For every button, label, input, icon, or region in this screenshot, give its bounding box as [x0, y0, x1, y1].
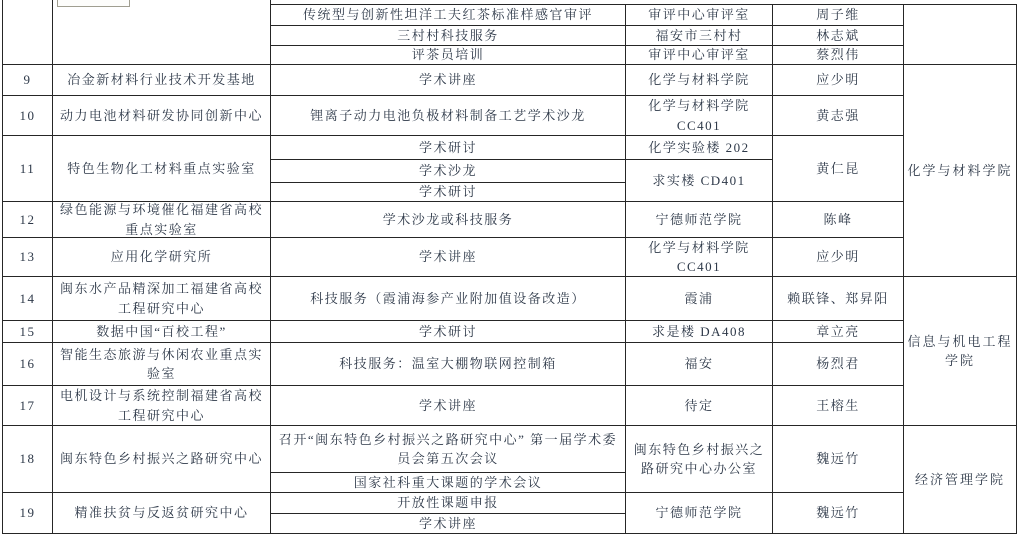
- cell-num: 14: [2, 276, 52, 320]
- cell-num: 13: [2, 237, 52, 276]
- cell-num: 18: [2, 425, 52, 492]
- cell-person: 赖联锋、郑昇阳: [772, 276, 903, 320]
- cell-activity: 学术沙龙: [270, 159, 625, 182]
- cell-num: 17: [2, 385, 52, 425]
- cell-name: 特色生物化工材料重点实验室: [52, 135, 270, 201]
- cell-location: 闽东特色乡村振兴之路研究中心办公室: [625, 425, 772, 492]
- cell-activity: 学术研讨: [270, 135, 625, 159]
- cell-activity: 锂离子动力电池负极材料制备工艺学术沙龙: [270, 95, 625, 135]
- cell-person: 黄仁昆: [772, 135, 903, 201]
- cell-name: 动力电池材料研发协同创新中心: [52, 95, 270, 135]
- cell-person: 应少明: [772, 64, 903, 95]
- cell-location: 化学与材料学院: [625, 64, 772, 95]
- cell-activity: 召开“闽东特色乡村振兴之路研究中心” 第一届学术委员会第五次会议: [270, 425, 625, 472]
- cell-college: 经济管理学院: [903, 425, 1016, 533]
- cell-location: 审评中心审评室: [625, 45, 772, 64]
- cell-activity: 学术沙龙或科技服务: [270, 201, 625, 237]
- cell-num: 15: [2, 320, 52, 342]
- cell-person: 蔡烈伟: [772, 45, 903, 64]
- cell-activity: 学术讲座: [270, 513, 625, 533]
- cell-num: [2, 4, 52, 64]
- cell-activity: 评茶员培训: [270, 45, 625, 64]
- cell-location: 求实楼 CD401: [625, 159, 772, 201]
- cell-activity: 学术研讨: [270, 320, 625, 342]
- activity-schedule-table: 传统型与创新性坦洋工夫红茶标准样感官审评审评中心审评室周子维三村村科技服务福安市…: [2, 4, 1017, 534]
- cell-location: 宁德师范学院: [625, 492, 772, 533]
- cell-num: 19: [2, 492, 52, 533]
- cell-name: [52, 4, 270, 64]
- cell-location: 待定: [625, 385, 772, 425]
- cell-person: 应少明: [772, 237, 903, 276]
- cell-num: 12: [2, 201, 52, 237]
- cell-num: 9: [2, 64, 52, 95]
- cell-location: 化学实验楼 202: [625, 135, 772, 159]
- cell-location: 福安市三村村: [625, 25, 772, 45]
- cell-person: 林志斌: [772, 25, 903, 45]
- cell-name: 数据中国“百校工程”: [52, 320, 270, 342]
- cell-person: 杨烈君: [772, 342, 903, 385]
- cell-college: 化学与材料学院: [903, 64, 1016, 276]
- cell-location: 福安: [625, 342, 772, 385]
- cell-activity: 学术讲座: [270, 237, 625, 276]
- cell-person: 章立亮: [772, 320, 903, 342]
- cell-location: 化学与材料学院 CC401: [625, 237, 772, 276]
- cell-name: 精准扶贫与反返贫研究中心: [52, 492, 270, 533]
- cell-activity: 国家社科重大课题的学术会议: [270, 472, 625, 492]
- cell-name: 绿色能源与环境催化福建省高校重点实验室: [52, 201, 270, 237]
- cell-num: 11: [2, 135, 52, 201]
- cell-location: 宁德师范学院: [625, 201, 772, 237]
- cell-college: 信息与机电工程学院: [903, 276, 1016, 425]
- cell-activity: 开放性课题申报: [270, 492, 625, 513]
- cell-activity: 学术讲座: [270, 64, 625, 95]
- cell-name: 智能生态旅游与休闲农业重点实验室: [52, 342, 270, 385]
- cell-college: [903, 4, 1016, 64]
- cell-location: 霞浦: [625, 276, 772, 320]
- cell-person: 魏远竹: [772, 425, 903, 492]
- cell-activity: 三村村科技服务: [270, 25, 625, 45]
- cell-num: 10: [2, 95, 52, 135]
- cell-name: 闽东特色乡村振兴之路研究中心: [52, 425, 270, 492]
- cell-activity: 学术讲座: [270, 385, 625, 425]
- cell-num: 16: [2, 342, 52, 385]
- cell-person: 王榕生: [772, 385, 903, 425]
- cell-name: 电机设计与系统控制福建省高校工程研究中心: [52, 385, 270, 425]
- cell-activity: 科技服务（霞浦海参产业附加值设备改造）: [270, 276, 625, 320]
- cell-location: 审评中心审评室: [625, 4, 772, 25]
- cell-activity: 传统型与创新性坦洋工夫红茶标准样感官审评: [270, 4, 625, 25]
- cell-person: 周子维: [772, 4, 903, 25]
- cell-person: 魏远竹: [772, 492, 903, 533]
- cell-location: 求是楼 DA408: [625, 320, 772, 342]
- cell-name: 应用化学研究所: [52, 237, 270, 276]
- cell-person: 陈峰: [772, 201, 903, 237]
- cell-location: 化学与材料学院 CC401: [625, 95, 772, 135]
- cell-name: 闽东水产品精深加工福建省高校工程研究中心: [52, 276, 270, 320]
- cell-name: 冶金新材料行业技术开发基地: [52, 64, 270, 95]
- cell-activity: 科技服务：温室大棚物联网控制箱: [270, 342, 625, 385]
- cell-person: 黄志强: [772, 95, 903, 135]
- cell-activity: 学术研讨: [270, 182, 625, 201]
